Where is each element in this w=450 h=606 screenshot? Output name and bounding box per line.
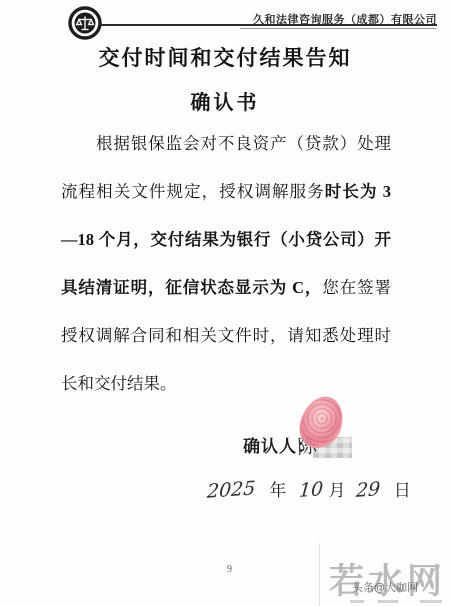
body-text-segment: 长和交付结果。	[61, 374, 177, 393]
body-line: —18 个月，交付结果为银行（小贷公司）开	[61, 216, 391, 264]
document-title-line2: 确认书	[0, 86, 450, 115]
body-line: 根据银保监会对不良资产（贷款）处理	[61, 120, 391, 168]
body-text-segment: 您在签署	[322, 278, 391, 297]
year-unit: 年	[269, 476, 287, 501]
header-rule-secondary	[240, 28, 437, 29]
watermark-subtext-bar	[378, 600, 398, 603]
watermark-overlay-text: 头条@大咖网	[352, 579, 418, 595]
company-seal-icon	[68, 6, 102, 40]
document-title-line1: 交付时间和交付结果告知	[0, 42, 450, 72]
header-rule	[100, 24, 437, 26]
date-line: 2025 年 10 月 29 日	[207, 476, 412, 501]
body-text-segment: 根据银保监会对不良资产（贷款）处理	[96, 134, 391, 153]
body-line: 流程相关文件规定，授权调解服务时长为 3	[61, 168, 391, 216]
handwritten-year: 2025	[206, 477, 256, 503]
page-number: 9	[227, 564, 232, 575]
month-unit: 月	[329, 476, 347, 501]
handwritten-month: 10	[299, 478, 325, 502]
body-line: 授权调解合同和相关文件时，请知悉处理时	[61, 312, 391, 360]
body-text-segment: 具结清证明，征信状态显示为 C，	[61, 278, 322, 297]
body-line: 长和交付结果。	[61, 360, 391, 408]
body-text-segment: 时长为 3	[325, 182, 391, 201]
body-line: 具结清证明，征信状态显示为 C，您在签署	[61, 264, 391, 312]
scan-artifact-line	[319, 543, 320, 606]
watermark-subtext-bar	[350, 600, 364, 603]
day-unit: 日	[394, 476, 412, 501]
body-text-segment: —18 个月，交付结果为银行（小贷公司）开	[61, 230, 391, 249]
handwritten-day: 29	[355, 478, 381, 502]
body-paragraph: 根据银保监会对不良资产（贷款）处理流程相关文件规定，授权调解服务时长为 3—18…	[61, 120, 391, 408]
body-text-segment: 授权调解合同和相关文件时，请知悉处理时	[61, 326, 391, 345]
body-text-segment: 流程相关文件规定，授权调解服务	[61, 182, 325, 201]
watermark-subtext-bar	[420, 600, 442, 603]
document-page: 久和法律咨询服务（成都）有限公司 交付时间和交付结果告知 确认书 根据银保监会对…	[0, 0, 450, 606]
